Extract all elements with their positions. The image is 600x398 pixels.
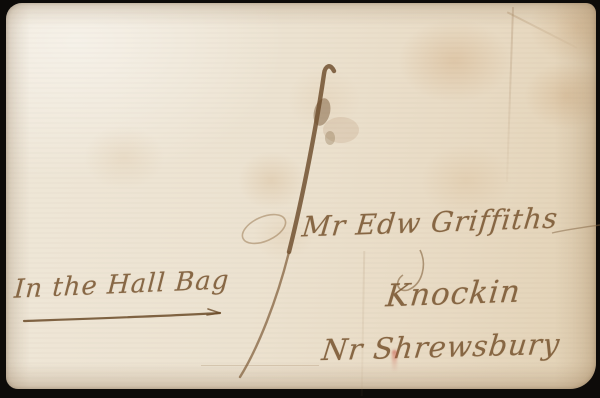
photo-backdrop: { "cover": { "bag_note": "In the Hall Ba… (0, 0, 600, 398)
address-line-town: Knockin (384, 274, 523, 315)
address-line-county: Nr Shrewsbury (320, 327, 562, 367)
red-postmark-trace (392, 350, 397, 372)
